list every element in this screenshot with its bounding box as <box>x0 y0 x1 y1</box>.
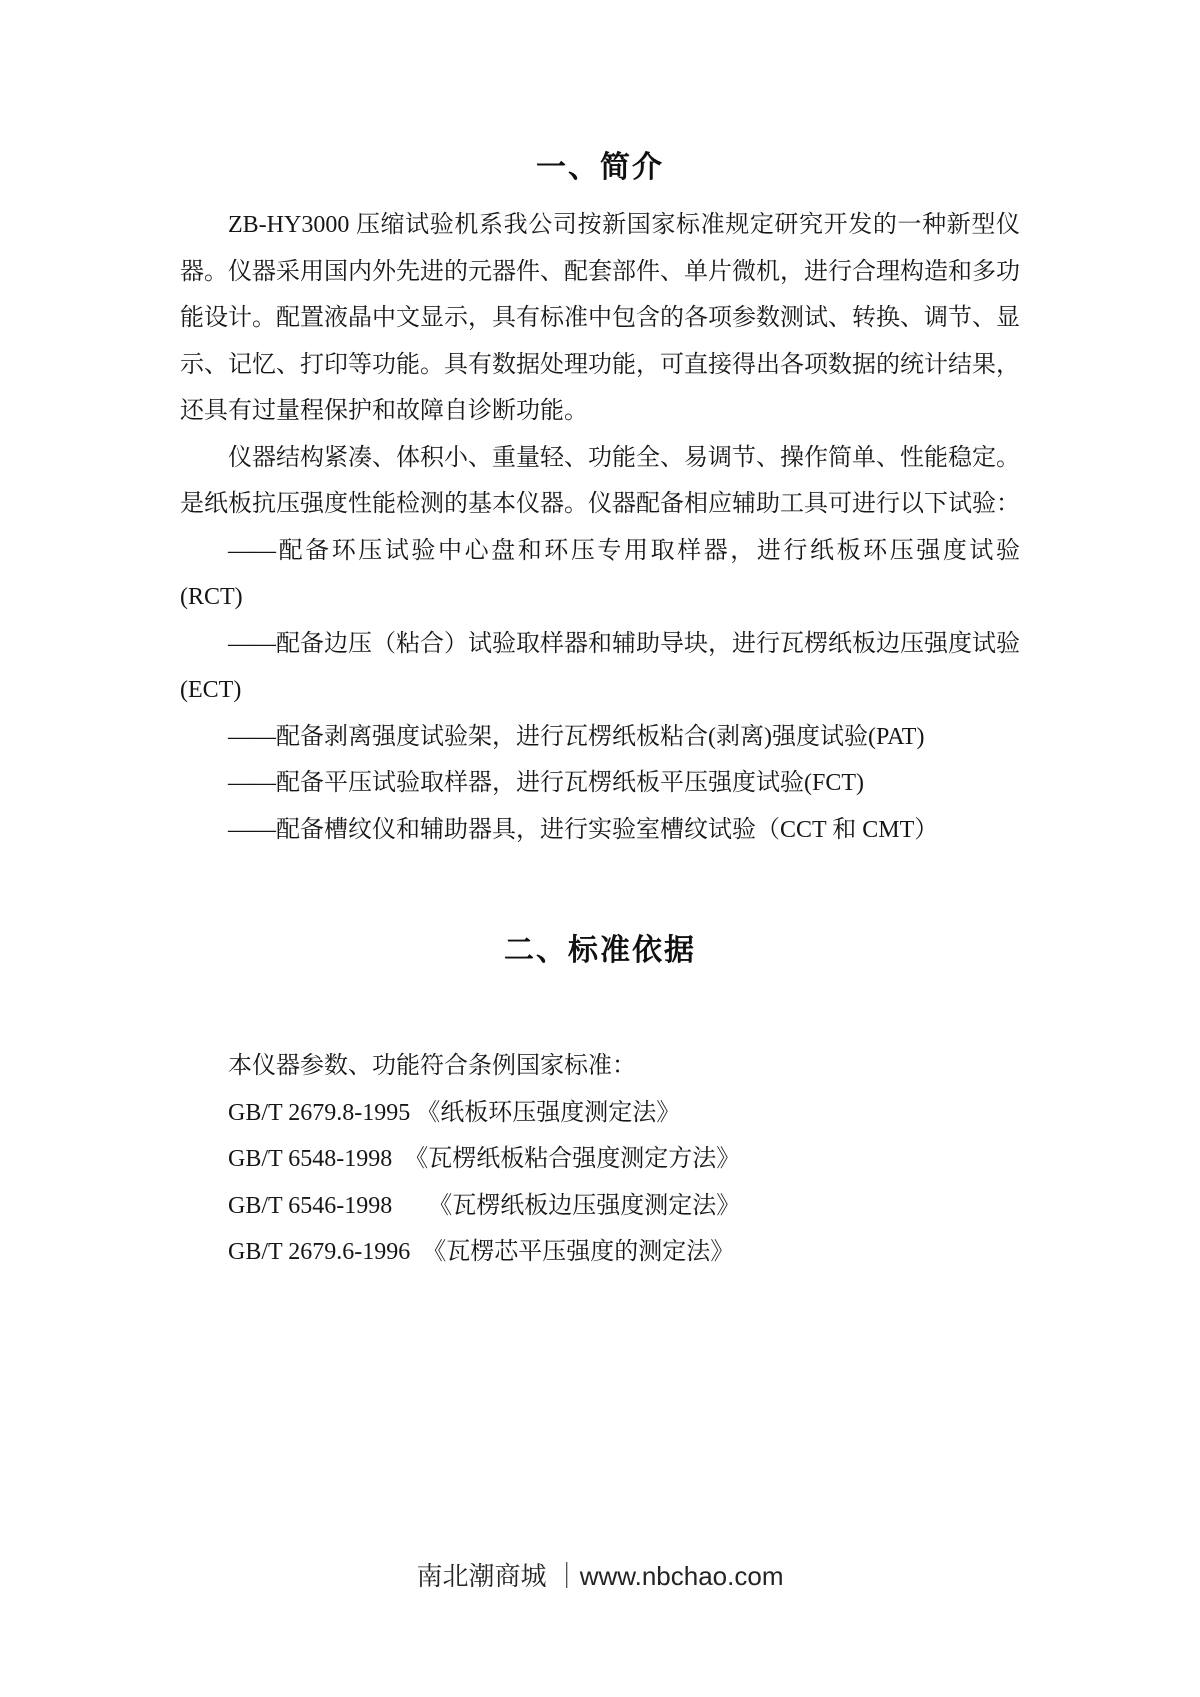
section-1-body: ZB-HY3000 压缩试验机系我公司按新国家标准规定研究开发的一种新型仪 器。… <box>180 202 1020 853</box>
paragraph-line: 是纸板抗压强度性能检测的基本仪器。仪器配备相应辅助工具可进行以下试验： <box>180 481 1020 528</box>
standard-item: GB/T 2679.8-1995 《纸板环压强度测定法》 <box>180 1090 1020 1137</box>
paragraph-line: 仪器结构紧凑、体积小、重量轻、功能全、易调节、操作简单、性能稳定。 <box>180 435 1020 482</box>
standard-item: GB/T 6546-1998 《瓦楞纸板边压强度测定法》 <box>180 1183 1020 1230</box>
bullet-line-ect-abbr: (ECT) <box>180 667 1020 714</box>
standards-intro-line: 本仪器参数、功能符合条例国家标准： <box>180 1043 1020 1090</box>
bullet-line-pat: ——配备剥离强度试验架，进行瓦楞纸板粘合(剥离)强度试验(PAT) <box>180 714 1020 761</box>
bullet-line-rct: ——配备环压试验中心盘和环压专用取样器，进行纸板环压强度试验 <box>180 528 1020 575</box>
section-1-title: 一、简介 <box>180 148 1020 188</box>
bullet-line-rct-abbr: (RCT) <box>180 574 1020 621</box>
document-page: 一、简介 ZB-HY3000 压缩试验机系我公司按新国家标准规定研究开发的一种新… <box>0 0 1200 1697</box>
bullet-line-ect: ——配备边压（粘合）试验取样器和辅助导块，进行瓦楞纸板边压强度试验 <box>180 621 1020 668</box>
bullet-line-cct-cmt: ——配备槽纹仪和辅助器具，进行实验室槽纹试验（CCT 和 CMT） <box>180 807 1020 854</box>
paragraph-line: 能设计。配置液晶中文显示，具有标准中包含的各项参数测试、转换、调节、显 <box>180 295 1020 342</box>
footer-watermark-text: 南北潮商城 ｜www.nbchao.com <box>417 1561 784 1591</box>
section-2-body: 本仪器参数、功能符合条例国家标准： GB/T 2679.8-1995 《纸板环压… <box>180 1043 1020 1276</box>
page-footer: 南北潮商城 ｜www.nbchao.com <box>0 1560 1200 1592</box>
standard-item: GB/T 2679.6-1996 《瓦楞芯平压强度的测定法》 <box>180 1229 1020 1276</box>
section-2-title: 二、标准依据 <box>180 931 1020 971</box>
paragraph-line: 示、记忆、打印等功能。具有数据处理功能，可直接得出各项数据的统计结果， <box>180 342 1020 389</box>
paragraph-line: 还具有过量程保护和故障自诊断功能。 <box>180 388 1020 435</box>
paragraph-line: 器。仪器采用国内外先进的元器件、配套部件、单片微机，进行合理构造和多功 <box>180 249 1020 296</box>
bullet-line-fct: ——配备平压试验取样器，进行瓦楞纸板平压强度试验(FCT) <box>180 760 1020 807</box>
paragraph-line: ZB-HY3000 压缩试验机系我公司按新国家标准规定研究开发的一种新型仪 <box>180 202 1020 249</box>
standard-item: GB/T 6548-1998 《瓦楞纸板粘合强度测定方法》 <box>180 1136 1020 1183</box>
page-content: 一、简介 ZB-HY3000 压缩试验机系我公司按新国家标准规定研究开发的一种新… <box>180 148 1020 1276</box>
